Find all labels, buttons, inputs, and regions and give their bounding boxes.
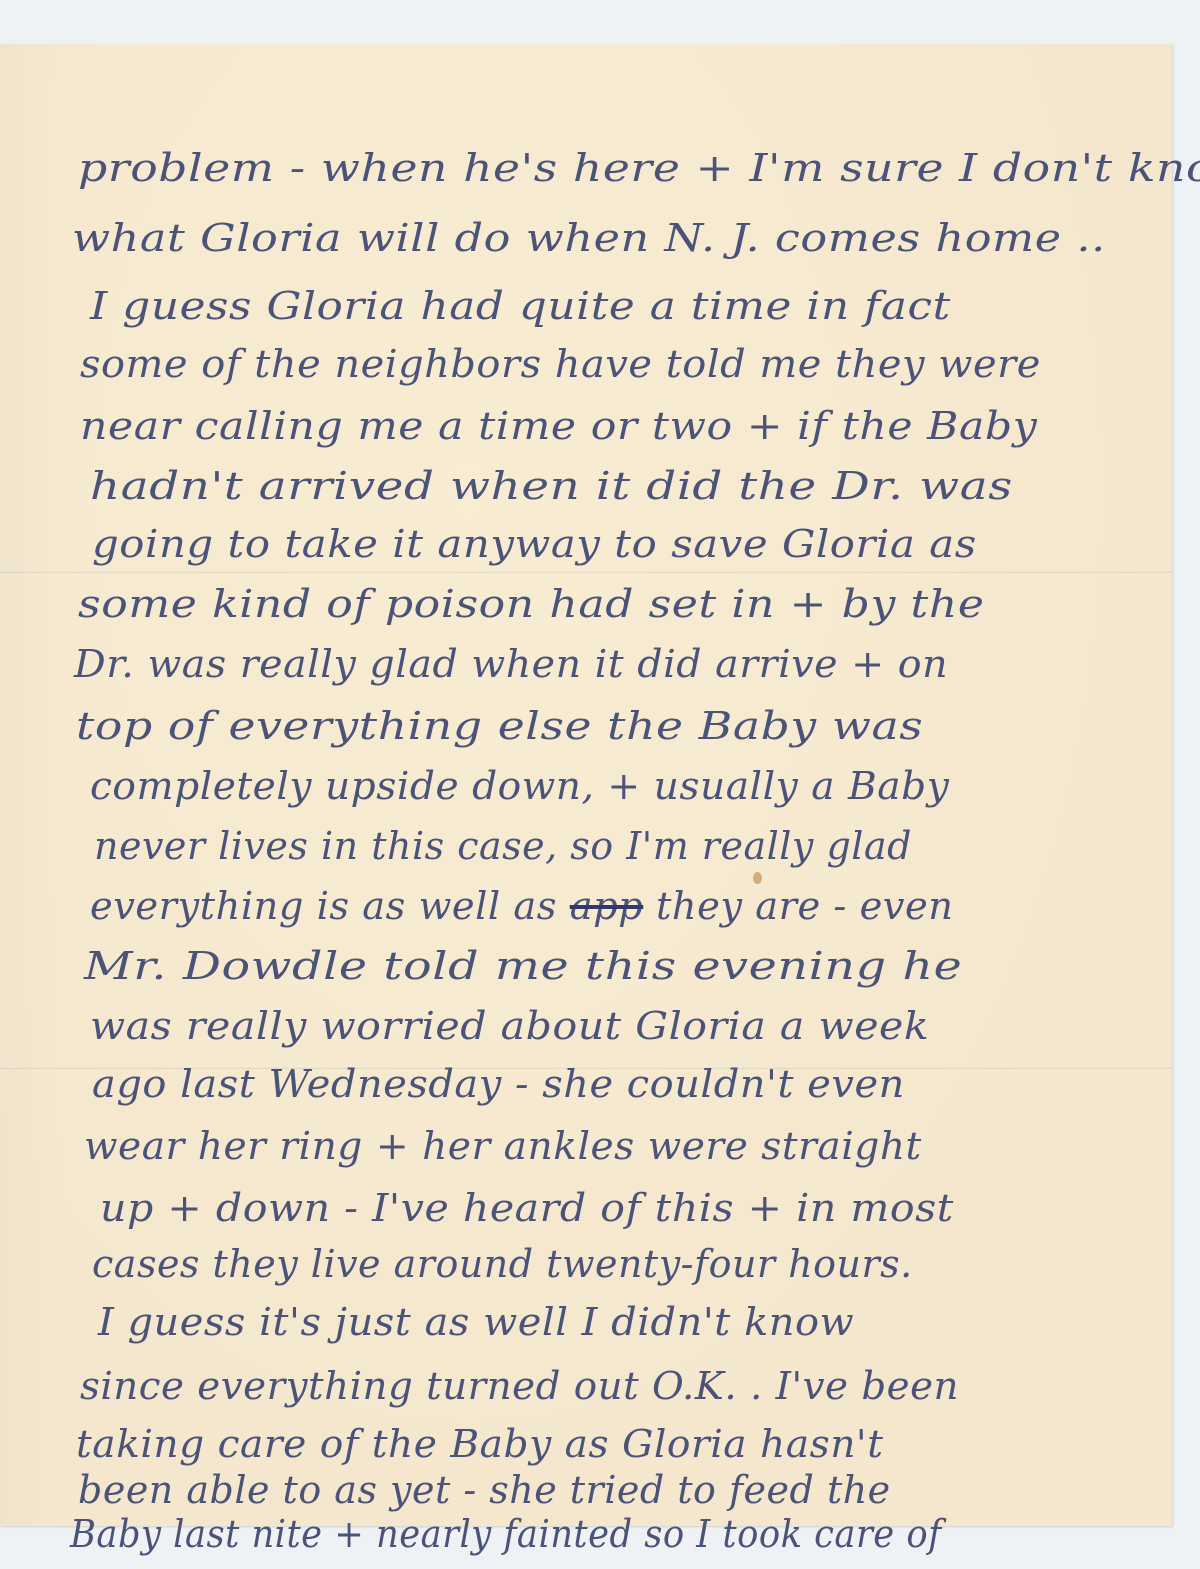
text-line-12: never lives in this case, so I'm really … [94,824,912,868]
text-line-22: taking care of the Baby as Gloria hasn't [76,1422,883,1466]
text-line-16: ago last Wednesday - she couldn't even [92,1062,905,1106]
text-line-24: Baby last nite + nearly fainted so I too… [70,1512,942,1556]
letter-paper: problem - when he's here + I'm sure I do… [0,44,1172,1526]
text-line-10: top of everything else the Baby was [76,704,923,748]
text-line-2: what Gloria will do when N. J. comes hom… [72,216,1106,260]
text-line-4: some of the neighbors have told me they … [80,342,1041,386]
text-line-14: Mr. Dowdle told me this evening he [84,944,962,988]
text-line-8: some kind of poison had set in + by the [78,582,984,626]
text-line-15: was really worried about Gloria a week [90,1004,929,1048]
text-line-21: since everything turned out O.K. . I've … [80,1364,959,1408]
text-line-9: Dr. was really glad when it did arrive +… [74,642,948,686]
text-line-7: going to take it anyway to save Gloria a… [92,522,977,566]
text-line-13: everything is as well as app they are - … [90,884,953,928]
text-line-11: completely upside down, + usually a Baby [90,764,949,808]
text-line-18: up + down - I've heard of this + in most [100,1186,954,1230]
text-line-20: I guess it's just as well I didn't know [98,1300,854,1344]
text-line-13-start: everything is as well as [90,884,570,928]
handwritten-text: problem - when he's here + I'm sure I do… [0,44,1172,1526]
struck-out-word: app [570,884,644,928]
text-line-13-end: they are - even [643,884,953,928]
text-line-3: I guess Gloria had quite a time in fact [90,284,951,328]
text-line-5: near calling me a time or two + if the B… [80,404,1037,448]
text-line-6: hadn't arrived when it did the Dr. was [90,464,1013,508]
text-line-17: wear her ring + her ankles were straight [84,1124,922,1168]
text-line-19: cases they live around twenty-four hours… [92,1242,913,1286]
text-line-23: been able to as yet - she tried to feed … [78,1468,891,1512]
text-line-1: problem - when he's here + I'm sure I do… [78,146,1200,190]
